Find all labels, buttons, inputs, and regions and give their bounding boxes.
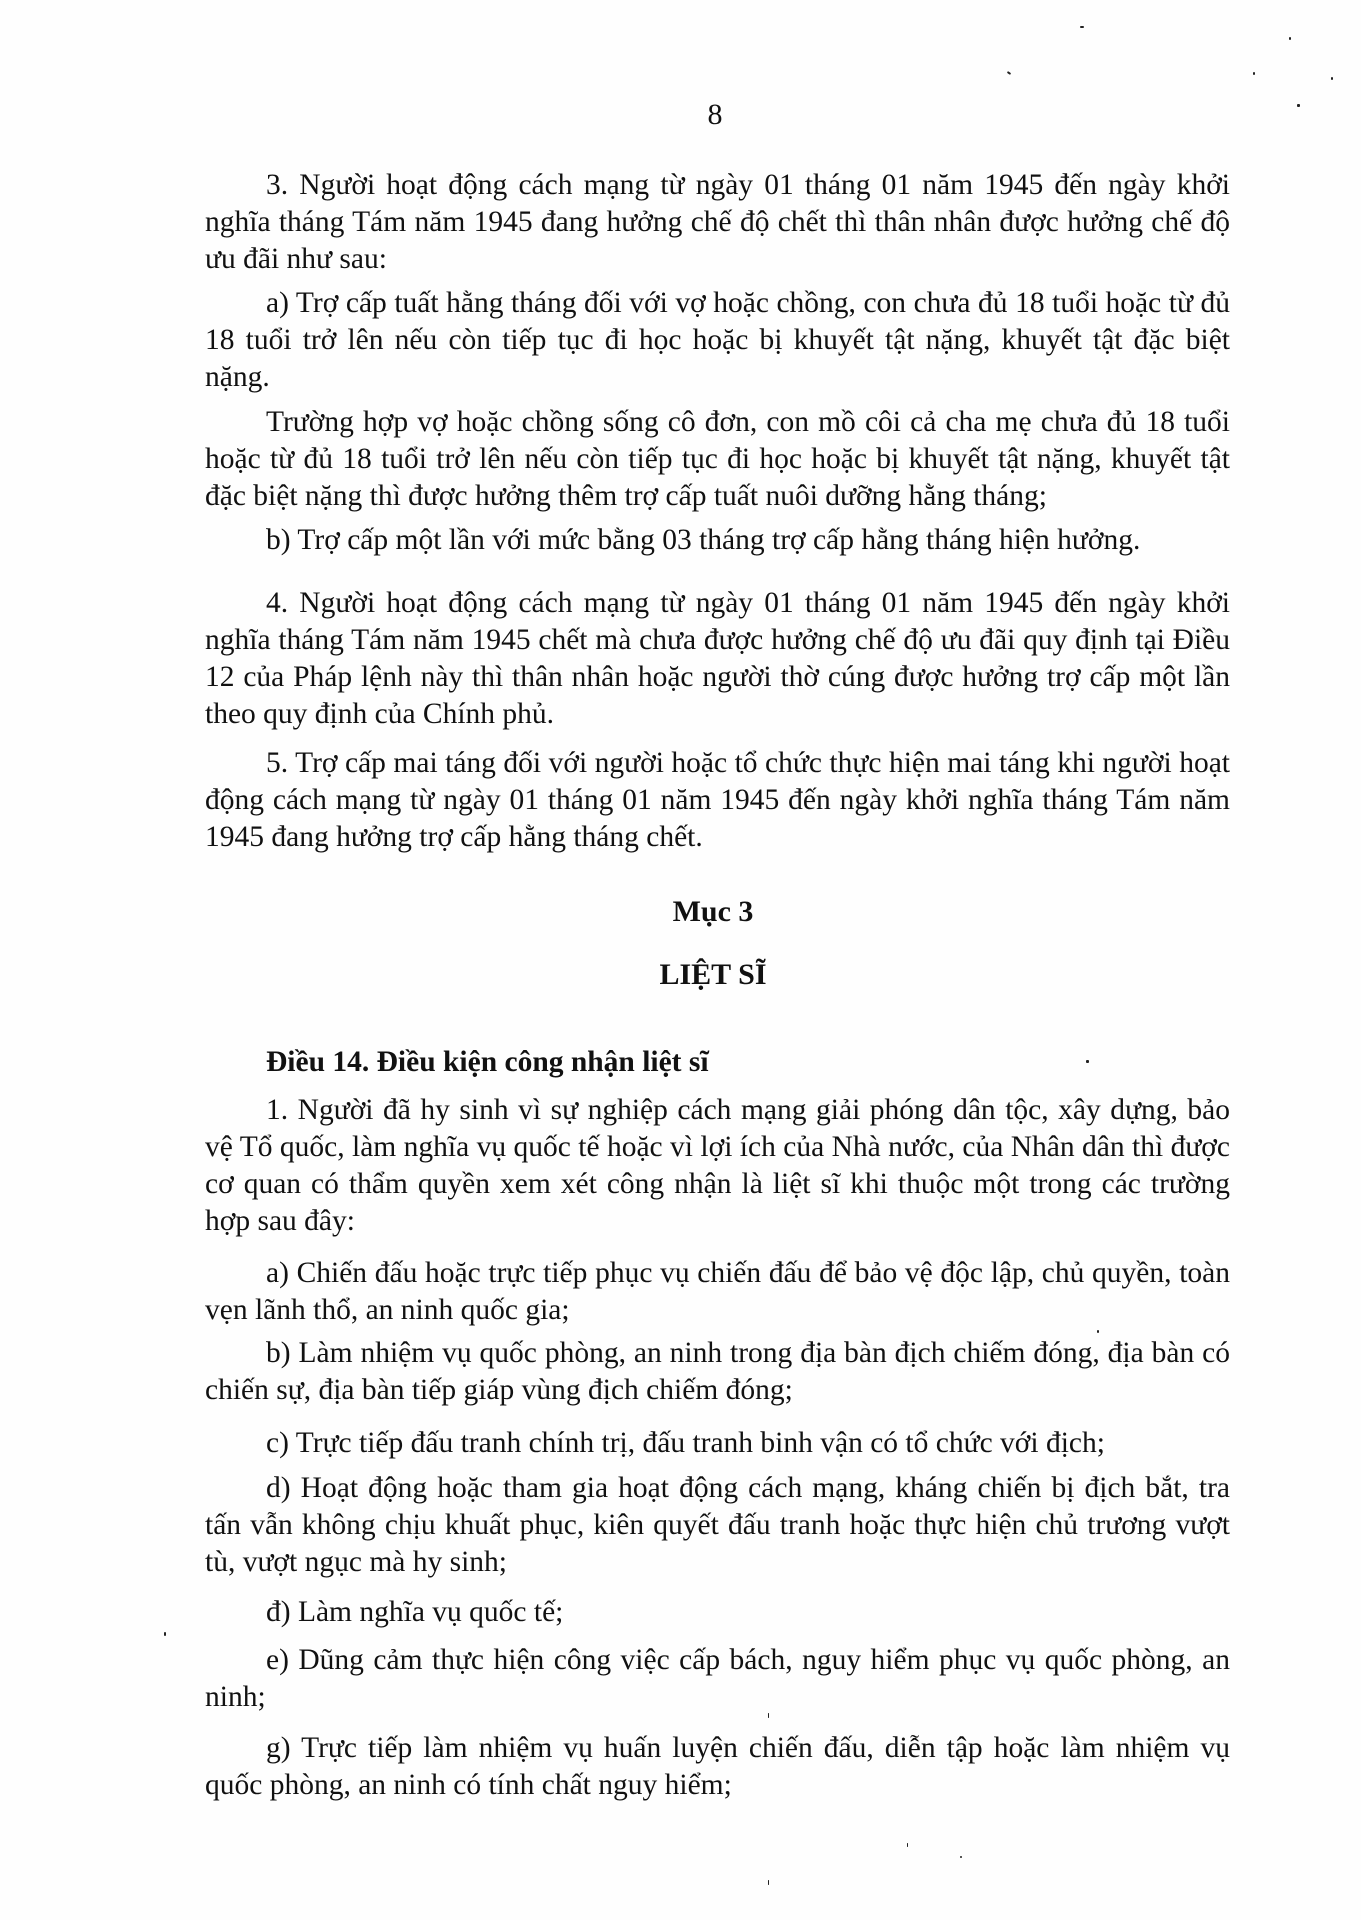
page-number: 8 <box>0 97 1361 133</box>
paragraph-text: 1. Người đã hy sinh vì sự nghiệp cách mạ… <box>205 1094 1230 1237</box>
paragraph-text: b) Trợ cấp một lần với mức bằng 03 tháng… <box>266 524 1140 556</box>
list-item-d: d) Hoạt động hoặc tham gia hoạt động các… <box>205 1470 1230 1581</box>
list-item-a: a) Chiến đấu hoặc trực tiếp phục vụ chiế… <box>205 1255 1230 1329</box>
paragraph-text: a) Trợ cấp tuất hằng tháng đối với vợ ho… <box>205 287 1230 393</box>
scan-speck <box>1253 72 1255 75</box>
paragraph-text: 5. Trợ cấp mai táng đối với người hoặc t… <box>205 747 1230 853</box>
scan-speck <box>1331 77 1333 80</box>
paragraph-clause-5: 5. Trợ cấp mai táng đối với người hoặc t… <box>205 745 1230 856</box>
paragraph-clause-4: 4. Người hoạt động cách mạng từ ngày 01 … <box>205 585 1230 733</box>
paragraph-text: 4. Người hoạt động cách mạng từ ngày 01 … <box>205 587 1230 730</box>
scan-speck <box>768 1880 769 1885</box>
scan-speck <box>1289 37 1291 40</box>
scan-speck <box>1080 26 1084 28</box>
scan-speck <box>164 1632 166 1636</box>
paragraph-text: 3. Người hoạt động cách mạng từ ngày 01 … <box>205 169 1230 275</box>
section-title: LIỆT SĨ <box>0 957 1361 993</box>
article-heading: Điều 14. Điều kiện công nhận liệt sĩ <box>205 1044 1230 1081</box>
paragraph-text: Trường hợp vợ hoặc chồng sống cô đơn, co… <box>205 406 1230 512</box>
list-item-text: đ) Làm nghĩa vụ quốc tế; <box>266 1596 563 1628</box>
scan-speck <box>1097 1330 1099 1333</box>
document-page: 8 3. Người hoạt động cách mạng từ ngày 0… <box>0 0 1361 1920</box>
paragraph-clause-3a: a) Trợ cấp tuất hằng tháng đối với vợ ho… <box>205 285 1230 396</box>
list-item-text: a) Chiến đấu hoặc trực tiếp phục vụ chiế… <box>205 1257 1230 1326</box>
paragraph-clause-3: 3. Người hoạt động cách mạng từ ngày 01 … <box>205 167 1230 278</box>
list-item-text: g) Trực tiếp làm nhiệm vụ huấn luyện chi… <box>205 1732 1230 1801</box>
list-item-b: b) Làm nhiệm vụ quốc phòng, an ninh tron… <box>205 1335 1230 1409</box>
section-label: Mục 3 <box>0 894 1361 930</box>
article-heading-text: Điều 14. Điều kiện công nhận liệt sĩ <box>266 1046 709 1078</box>
list-item-text: c) Trực tiếp đấu tranh chính trị, đấu tr… <box>266 1427 1105 1459</box>
scan-speck <box>907 1843 908 1847</box>
paragraph-article-14-clause-1: 1. Người đã hy sinh vì sự nghiệp cách mạ… <box>205 1092 1230 1240</box>
list-item-e: e) Dũng cảm thực hiện công việc cấp bách… <box>205 1642 1230 1716</box>
list-item-g: g) Trực tiếp làm nhiệm vụ huấn luyện chi… <box>205 1730 1230 1804</box>
list-item-text: e) Dũng cảm thực hiện công việc cấp bách… <box>205 1644 1230 1713</box>
scan-speck <box>1007 71 1011 75</box>
paragraph-clause-3a-extra: Trường hợp vợ hoặc chồng sống cô đơn, co… <box>205 404 1230 515</box>
list-item-text: d) Hoạt động hoặc tham gia hoạt động các… <box>205 1472 1230 1578</box>
paragraph-clause-3b: b) Trợ cấp một lần với mức bằng 03 tháng… <box>205 522 1230 559</box>
list-item-c: c) Trực tiếp đấu tranh chính trị, đấu tr… <box>205 1425 1230 1462</box>
list-item-dd: đ) Làm nghĩa vụ quốc tế; <box>205 1594 1230 1631</box>
scan-speck <box>960 1856 962 1858</box>
list-item-text: b) Làm nhiệm vụ quốc phòng, an ninh tron… <box>205 1337 1230 1406</box>
